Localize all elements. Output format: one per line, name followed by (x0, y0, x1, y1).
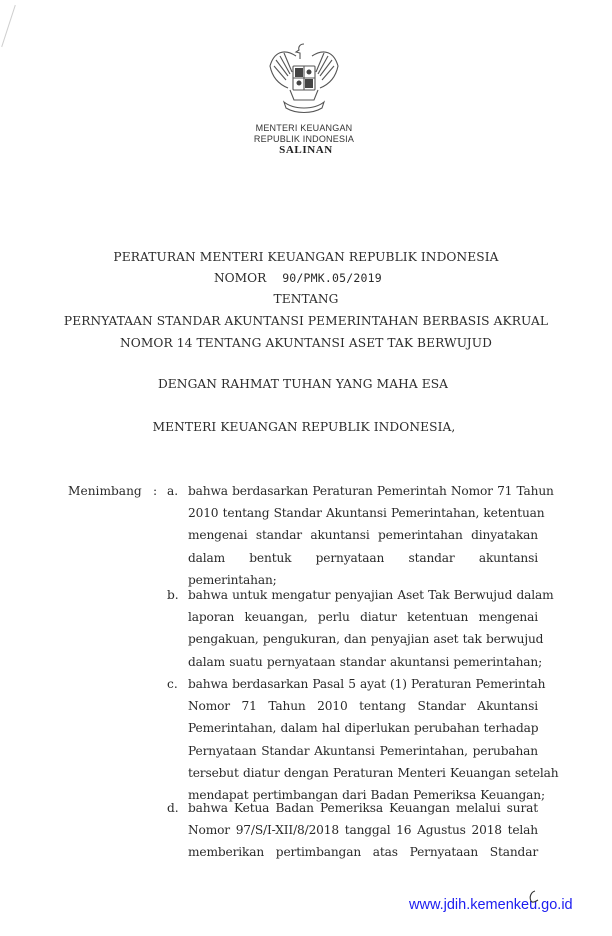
text-line: tersebut diatur dengan Peraturan Menteri… (188, 762, 538, 784)
text-line: bahwa berdasarkan Peraturan Pemerintah N… (188, 480, 538, 502)
text-line: bahwa untuk mengatur penyajian Aset Tak … (188, 584, 538, 606)
text-line: Nomor 97/S/I-XII/8/2018 tanggal 16 Agust… (188, 819, 538, 841)
text-line: bahwa berdasarkan Pasal 5 ayat (1) Perat… (188, 673, 538, 695)
item-letter: b. (167, 588, 179, 602)
regulation-number: NOMOR 90/PMK.05/2019 (214, 271, 382, 285)
item-letter: a. (167, 484, 178, 498)
letterhead-line-2: REPUBLIK INDONESIA (0, 134, 610, 144)
regulation-title: PERATURAN MENTERI KEUANGAN REPUBLIK INDO… (0, 250, 612, 264)
text-line: pengakuan, pengukuran, dan penyajian ase… (188, 628, 538, 650)
footer-website-link[interactable]: www.jdih.kemenkeu.go.id (409, 897, 573, 913)
item-letter: d. (167, 801, 179, 815)
text-line: dalam suatu pernyataan standar akuntansi… (188, 651, 538, 673)
considering-item-text: bahwa berdasarkan Peraturan Pemerintah N… (188, 480, 538, 591)
considering-item-text: bahwa berdasarkan Pasal 5 ayat (1) Perat… (188, 673, 538, 806)
text-line: memberikan pertimbangan atas Pernyataan … (188, 841, 538, 863)
issuer: MENTERI KEUANGAN REPUBLIK INDONESIA, (0, 420, 610, 434)
about-heading: TENTANG (0, 292, 612, 306)
text-line: bahwa Ketua Badan Pemeriksa Keuangan mel… (188, 797, 538, 819)
copy-stamp: SALINAN (0, 144, 612, 156)
subject-line-2: NOMOR 14 TENTANG AKUNTANSI ASET TAK BERW… (0, 336, 612, 350)
text-line: 2010 tentang Standar Akuntansi Pemerinta… (188, 502, 538, 524)
text-line: dalam bentuk pernyataan standar akuntans… (188, 547, 538, 569)
considering-item-text: bahwa Ketua Badan Pemeriksa Keuangan mel… (188, 797, 538, 864)
invocation: DENGAN RAHMAT TUHAN YANG MAHA ESA (0, 377, 609, 391)
number-value: 90/PMK.05/2019 (282, 271, 382, 285)
considering-item-text: bahwa untuk mengatur penyajian Aset Tak … (188, 584, 538, 673)
considering-colon: : (153, 484, 157, 498)
initial-paraf-icon (526, 889, 540, 905)
subject-line-1: PERNYATAAN STANDAR AKUNTANSI PEMERINTAHA… (0, 314, 612, 328)
text-line: Pemerintahan, dalam hal diperlukan perub… (188, 717, 538, 739)
text-line: laporan keuangan, perlu diatur ketentuan… (188, 606, 538, 628)
letterhead-line-1: MENTERI KEUANGAN (0, 123, 610, 133)
scan-artifact (1, 5, 16, 47)
number-label: NOMOR (214, 271, 266, 285)
item-letter: c. (167, 677, 178, 691)
text-line: mengenai standar akuntansi pemerintahan … (188, 524, 538, 546)
text-line: Pernyataan Standar Akuntansi Pemerintaha… (188, 740, 538, 762)
garuda-emblem-icon (266, 36, 342, 120)
text-line: Nomor 71 Tahun 2010 tentang Standar Akun… (188, 695, 538, 717)
considering-label: Menimbang (68, 484, 142, 498)
